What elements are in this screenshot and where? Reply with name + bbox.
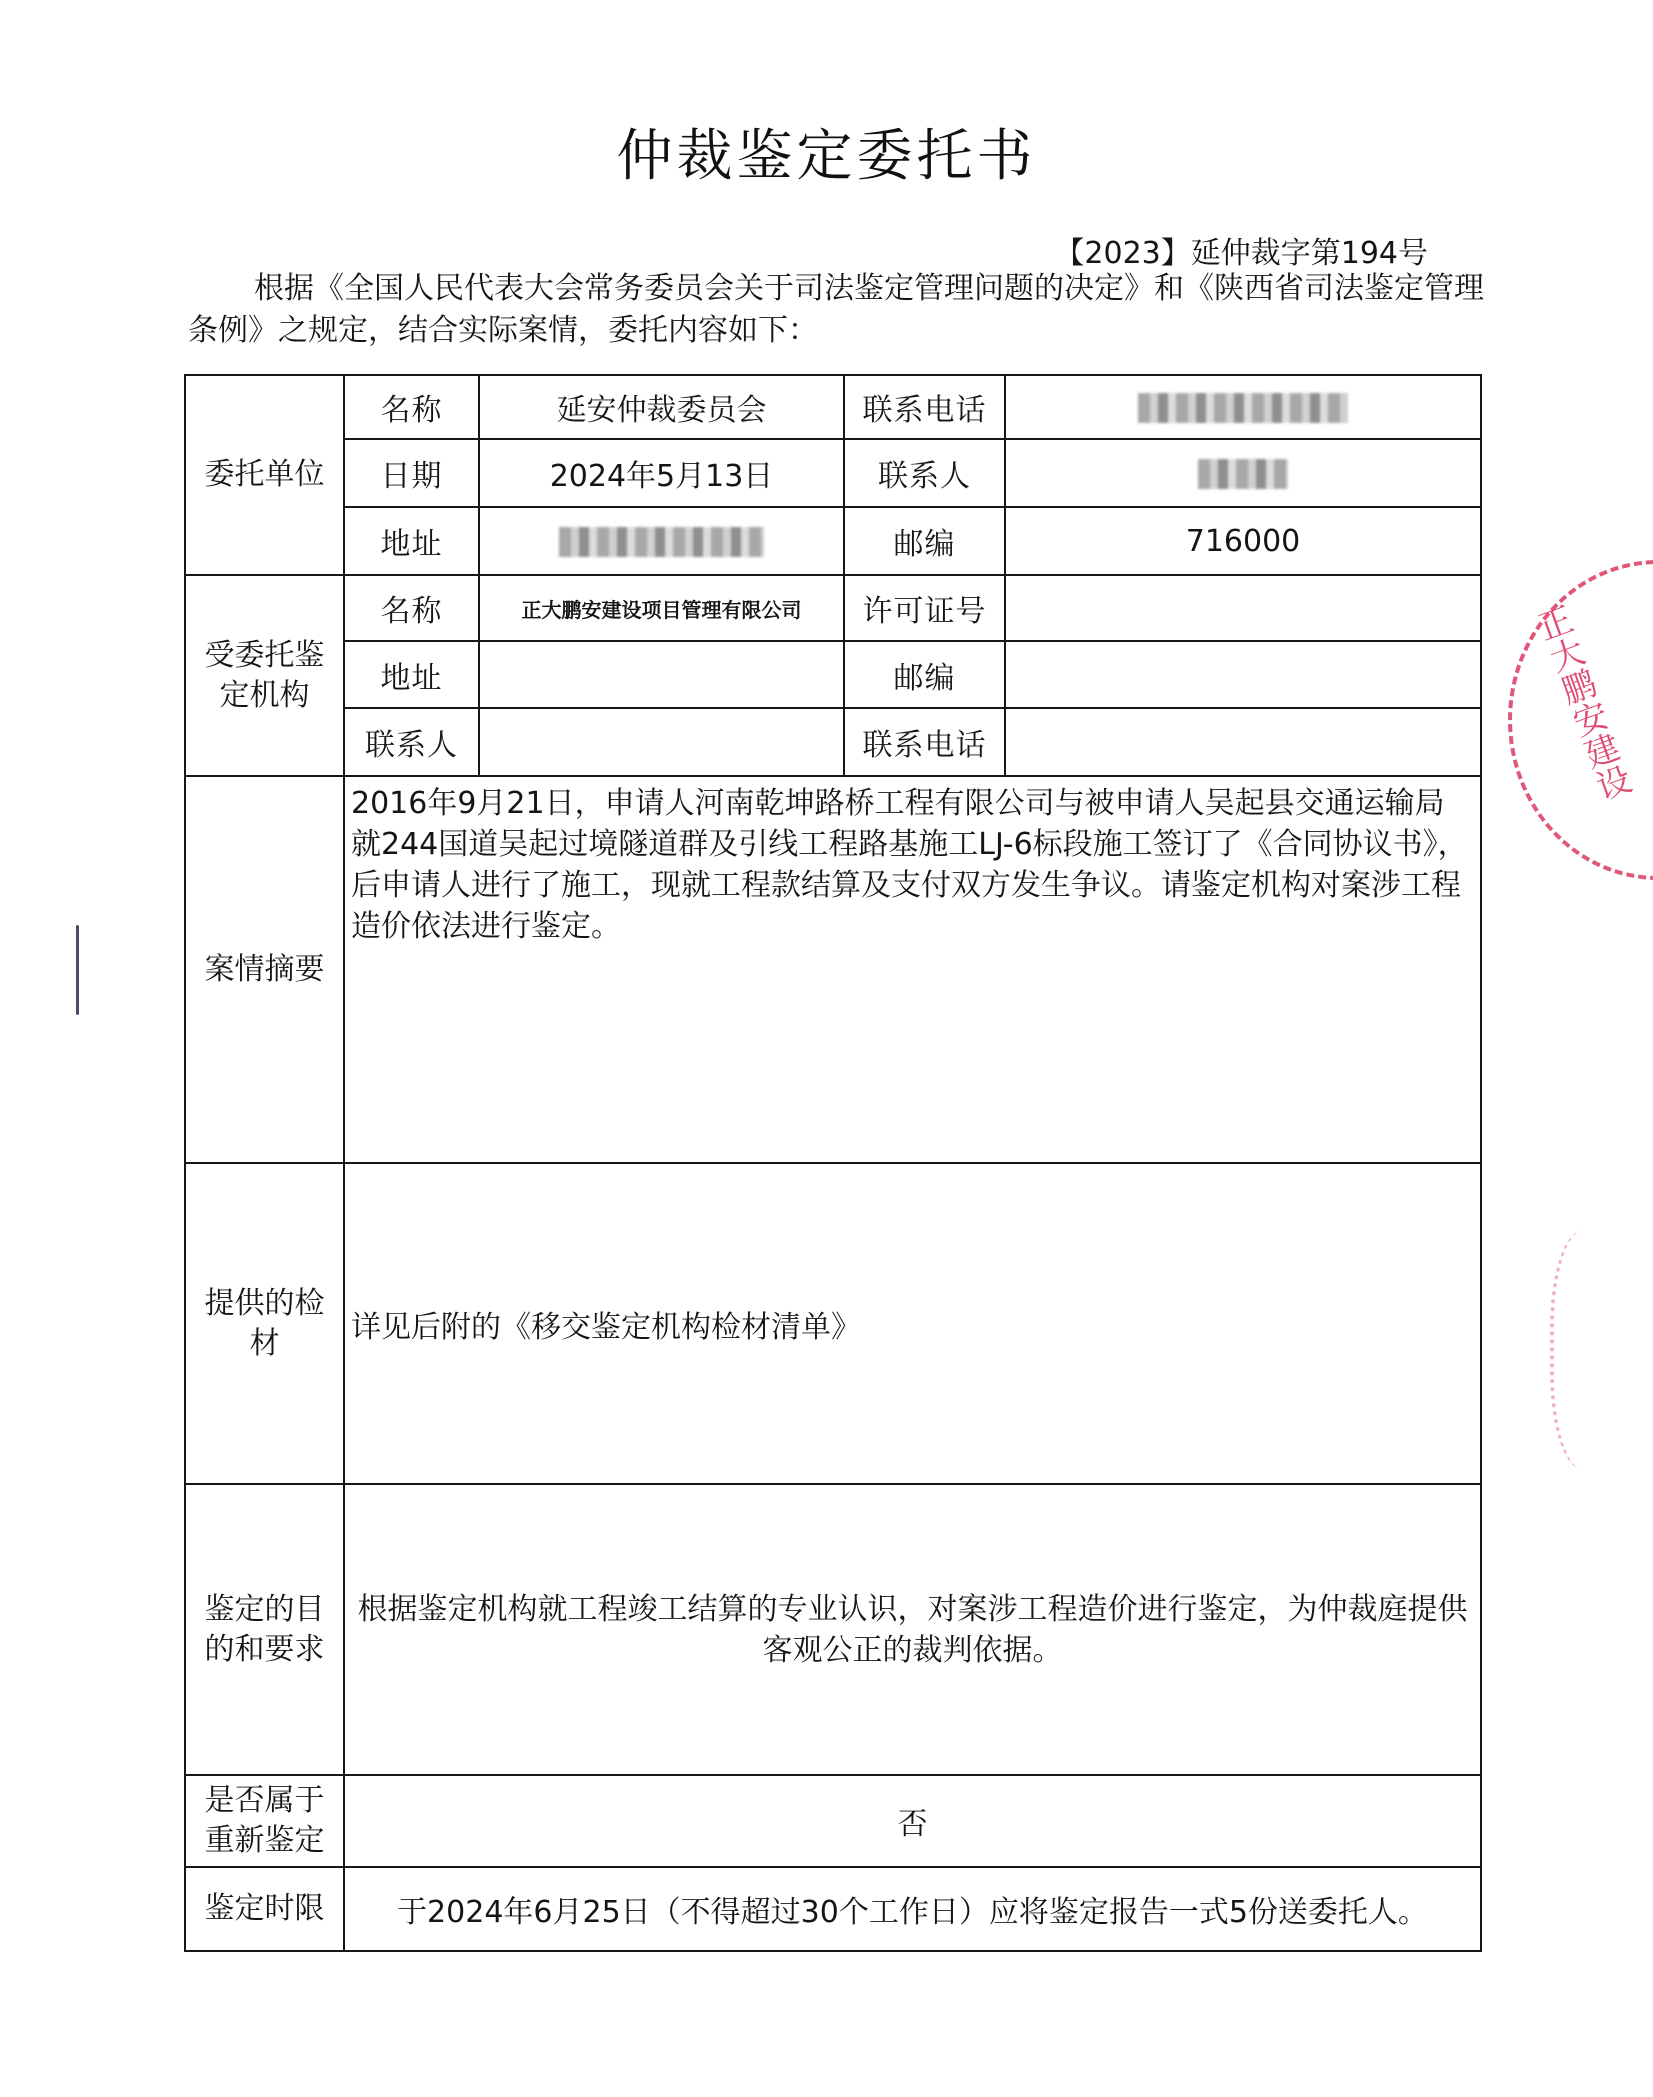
redacted-phone (1138, 393, 1348, 423)
purpose-value: 根据鉴定机构就工程竣工结算的专业认识，对案涉工程造价进行鉴定，为仲裁庭提供客观公… (344, 1484, 1481, 1775)
page-title: 仲裁鉴定委托书 (0, 112, 1653, 192)
entrusting-date-value: 2024年5月13日 (479, 439, 844, 507)
faint-seal-impression (1550, 1230, 1634, 1470)
institution-license-label: 许可证号 (844, 575, 1005, 641)
institution-phone-value (1005, 708, 1481, 776)
deadline-label: 鉴定时限 (185, 1867, 344, 1951)
deadline-value: 于2024年6月25日（不得超过30个工作日）应将鉴定报告一式5份送委托人。 (344, 1867, 1481, 1951)
entrustment-table: 委托单位 名称 延安仲裁委员会 联系电话 日期 2024年5月13日 联系人 地… (184, 374, 1482, 1952)
institution-name-value: 正大鹏安建设项目管理有限公司 (479, 575, 844, 641)
table-row: 提供的检材 详见后附的《移交鉴定机构检材清单》 (185, 1163, 1481, 1484)
entrusting-date-label: 日期 (344, 439, 479, 507)
institution-name-label: 名称 (344, 575, 479, 641)
entrusting-address-label: 地址 (344, 507, 479, 575)
reappraisal-label: 是否属于重新鉴定 (185, 1775, 344, 1867)
institution-postcode-value (1005, 641, 1481, 708)
materials-label: 提供的检材 (185, 1163, 344, 1484)
table-row: 联系人 联系电话 (185, 708, 1481, 776)
institution-address-label: 地址 (344, 641, 479, 708)
table-row: 日期 2024年5月13日 联系人 (185, 439, 1481, 507)
table-row: 委托单位 名称 延安仲裁委员会 联系电话 (185, 375, 1481, 439)
case-summary-value: 2016年9月21日，申请人河南乾坤路桥工程有限公司与被申请人吴起县交通运输局就… (344, 776, 1481, 1163)
institution-contact-value (479, 708, 844, 776)
document-number: 【2023】延仲裁字第194号 (1054, 228, 1428, 272)
entrusting-name-label: 名称 (344, 375, 479, 439)
institution-postcode-label: 邮编 (844, 641, 1005, 708)
institution-address-value (479, 641, 844, 708)
purpose-label: 鉴定的目的和要求 (185, 1484, 344, 1775)
entrusting-postcode-label: 邮编 (844, 507, 1005, 575)
entrusting-name-value: 延安仲裁委员会 (479, 375, 844, 439)
entrusting-contact-value (1005, 439, 1481, 507)
table-row: 地址 邮编 (185, 641, 1481, 708)
table-row: 鉴定时限 于2024年6月25日（不得超过30个工作日）应将鉴定报告一式5份送委… (185, 1867, 1481, 1951)
entrusting-postcode-value: 716000 (1005, 507, 1481, 575)
entrusting-address-value (479, 507, 844, 575)
table-row: 鉴定的目的和要求 根据鉴定机构就工程竣工结算的专业认识，对案涉工程造价进行鉴定，… (185, 1484, 1481, 1775)
materials-value: 详见后附的《移交鉴定机构检材清单》 (344, 1163, 1481, 1484)
entrusting-phone-value (1005, 375, 1481, 439)
institution-contact-label: 联系人 (344, 708, 479, 776)
reappraisal-value: 否 (344, 1775, 1481, 1867)
table-row: 受委托鉴定机构 名称 正大鹏安建设项目管理有限公司 许可证号 (185, 575, 1481, 641)
appraisal-institution-label: 受委托鉴定机构 (185, 575, 344, 776)
table-row: 是否属于重新鉴定 否 (185, 1775, 1481, 1867)
redacted-address (559, 527, 764, 557)
institution-phone-label: 联系电话 (844, 708, 1005, 776)
intro-paragraph: 根据《全国人民代表大会常务委员会关于司法鉴定管理问题的决定》和《陕西省司法鉴定管… (188, 268, 1488, 352)
margin-pen-mark (76, 925, 79, 1015)
entrusting-phone-label: 联系电话 (844, 375, 1005, 439)
entrusting-unit-label: 委托单位 (185, 375, 344, 575)
institution-license-value (1005, 575, 1481, 641)
redacted-contact (1198, 459, 1288, 489)
table-row: 案情摘要 2016年9月21日，申请人河南乾坤路桥工程有限公司与被申请人吴起县交… (185, 776, 1481, 1163)
entrusting-contact-label: 联系人 (844, 439, 1005, 507)
table-row: 地址 邮编 716000 (185, 507, 1481, 575)
case-summary-label: 案情摘要 (185, 776, 344, 1163)
